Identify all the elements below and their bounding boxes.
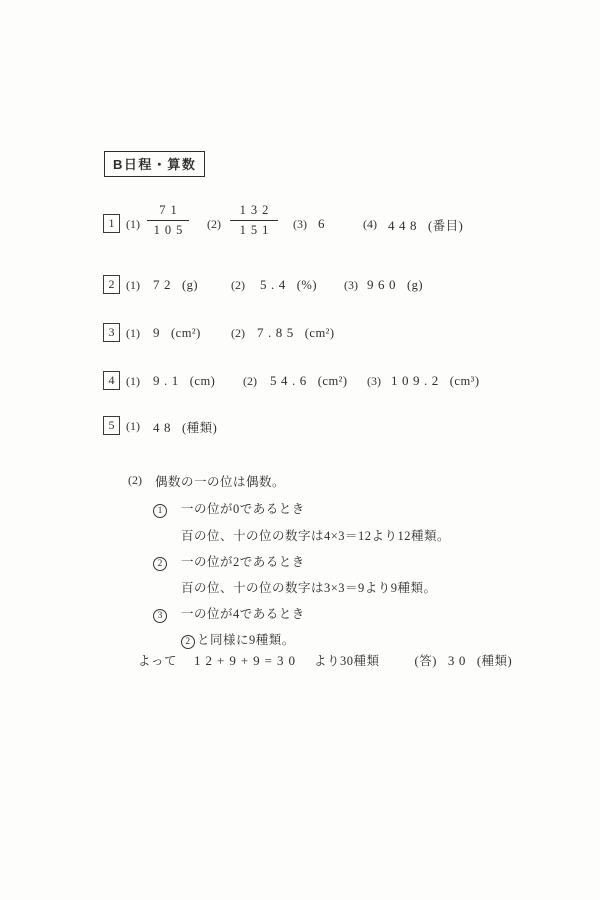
final-answer-unit: (種類) <box>477 651 512 669</box>
case-2-detail: 百の位、十の位の数字は3×3＝9より9種類。 <box>181 578 437 596</box>
answer-value: 6 <box>318 216 329 232</box>
case-2-circle: 2 <box>153 553 167 571</box>
conclusion-connector: よって <box>138 651 177 669</box>
answer-value: 448(番目) <box>388 216 463 234</box>
fraction-denominator: 105 <box>147 221 189 238</box>
problem-5-number: 5 <box>103 416 120 435</box>
part-label: (3) <box>344 278 358 293</box>
answer-unit: (cm²) <box>171 326 201 340</box>
fraction-denominator: 151 <box>230 221 278 238</box>
answer-unit: (種類) <box>182 421 217 435</box>
part-label: (4) <box>363 217 377 232</box>
case-1-condition: 一の位が0であるとき <box>181 499 305 517</box>
answer-unit: (g) <box>407 278 423 292</box>
problem-4-number: 4 <box>103 371 120 390</box>
part-label: (2) <box>207 217 221 232</box>
fraction-numerator: 132 <box>230 203 278 221</box>
part-label: (1) <box>126 326 140 341</box>
answer-label: (答) <box>415 651 437 669</box>
part-label: (1) <box>126 217 140 232</box>
part-label: (1) <box>126 374 140 389</box>
case-1-circle: 1 <box>153 500 167 518</box>
answer-unit: (cm³) <box>450 374 480 388</box>
problem-2-number: 2 <box>103 275 120 294</box>
answer-value: 109.2(cm³) <box>391 373 480 389</box>
answer-unit: (cm) <box>190 374 216 388</box>
part-label: (1) <box>126 419 140 434</box>
part-label: (2) <box>231 326 245 341</box>
answer-unit: (%) <box>297 278 317 292</box>
page-title-box: B日程・算数 <box>104 151 205 177</box>
answer-unit: (cm²) <box>318 374 348 388</box>
answer-value: 960(g) <box>367 277 423 293</box>
conclusion-result: より30種類 <box>314 651 380 669</box>
final-answer-value: 30 <box>448 653 470 669</box>
case-1-detail: 百の位、十の位の数字は4×3＝12より12種類。 <box>181 526 450 544</box>
case-3-detail-ref-circle: 2 <box>181 635 195 649</box>
fraction-answer: 71 105 <box>147 203 189 238</box>
part-label: (2) <box>243 374 257 389</box>
answer-value: 48(種類) <box>153 418 217 436</box>
problem-1-number: 1 <box>103 214 120 233</box>
fraction-numerator: 71 <box>147 203 189 221</box>
part-label: (2) <box>231 278 245 293</box>
conclusion-equation: 12+9+9=30 <box>194 653 300 669</box>
answer-value: 72(g) <box>153 277 198 293</box>
solution-intro: 偶数の一の位は偶数。 <box>155 472 285 490</box>
fraction-answer: 132 151 <box>230 203 278 238</box>
case-3-condition: 一の位が4であるとき <box>181 604 305 622</box>
answer-unit: (番目) <box>428 219 463 233</box>
problem-3-number: 3 <box>103 323 120 342</box>
part-label: (3) <box>367 374 381 389</box>
part-label: (3) <box>293 217 307 232</box>
part-label: (1) <box>126 278 140 293</box>
answer-value: 9.1(cm) <box>153 373 215 389</box>
page-title: B日程・算数 <box>113 157 196 172</box>
answer-value: 7.85(cm²) <box>257 325 335 341</box>
solution-part-label: (2) <box>128 473 142 488</box>
answer-unit: (g) <box>182 278 198 292</box>
case-3-detail: 2と同様に9種類。 <box>181 630 295 649</box>
case-2-condition: 一の位が2であるとき <box>181 552 305 570</box>
answer-value: 5.4(%) <box>260 277 317 293</box>
case-3-circle: 3 <box>153 605 167 623</box>
conclusion-line: よって 12+9+9=30 より30種類 (答) 30 (種類) <box>138 651 512 670</box>
answer-value: 9(cm²) <box>153 325 201 341</box>
answer-value: 54.6(cm²) <box>270 373 348 389</box>
answer-unit: (cm²) <box>305 326 335 340</box>
answer-sheet-page: B日程・算数 1 (1) 71 105 (2) 132 151 (3) 6 (4… <box>0 0 600 900</box>
